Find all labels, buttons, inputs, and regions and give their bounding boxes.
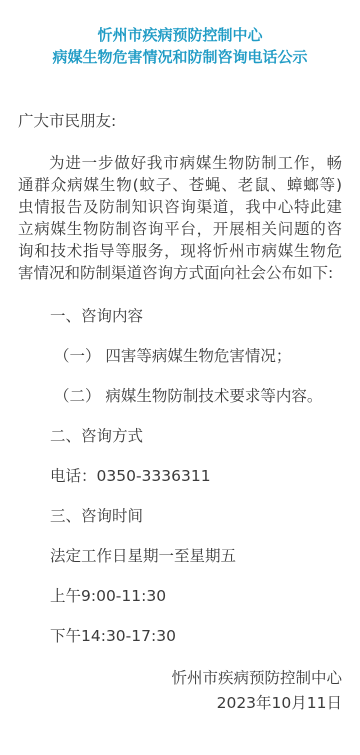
signature-block: 忻州市疾病预防控制中心 2023年10月11日 <box>18 666 342 716</box>
intro-paragraph: 为进一步做好我市病媒生物防制工作，畅通群众病媒生物(蚊子、苍蝇、老鼠、蟑螂等) … <box>18 152 342 284</box>
page: { "notice": { "title_line1": "忻州市疾病预防控制中… <box>0 0 360 755</box>
afternoon-hours: 下午14:30-17:30 <box>18 626 342 647</box>
workdays-line: 法定工作日星期一至星期五 <box>18 546 342 567</box>
notice-document: 忻州市疾病预防控制中心 病媒生物危害情况和防制咨询电话公示 广大市民朋友: 为进… <box>0 0 360 716</box>
phone-line: 电话：0350-3336311 <box>18 466 342 487</box>
section1-item2: （二） 病媒生物防制技术要求等内容。 <box>18 386 342 407</box>
signature-date: 2023年10月11日 <box>18 691 342 716</box>
morning-hours: 上午9:00-11:30 <box>18 586 342 607</box>
section3-heading: 三、咨询时间 <box>18 506 342 527</box>
section1-heading: 一、咨询内容 <box>18 306 342 327</box>
salutation: 广大市民朋友: <box>18 110 342 132</box>
signature-org: 忻州市疾病预防控制中心 <box>18 666 342 691</box>
notice-title-line1: 忻州市疾病预防控制中心 <box>18 24 342 46</box>
section1-item1: （一） 四害等病媒生物危害情况； <box>18 346 342 367</box>
notice-title: 忻州市疾病预防控制中心 病媒生物危害情况和防制咨询电话公示 <box>18 24 342 68</box>
notice-title-line2: 病媒生物危害情况和防制咨询电话公示 <box>18 46 342 68</box>
section2-heading: 二、咨询方式 <box>18 426 342 447</box>
